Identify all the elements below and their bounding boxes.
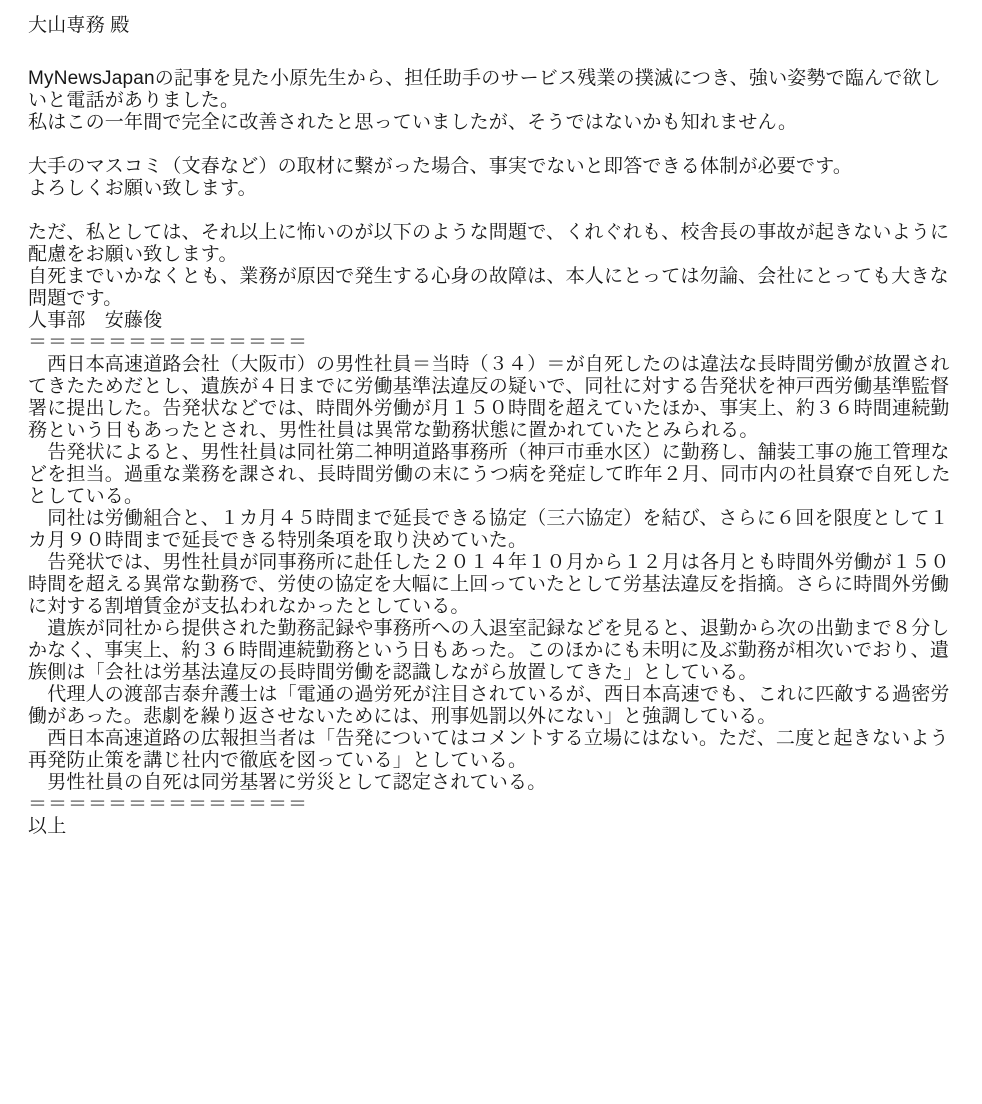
closing-line: 以上 [28,816,956,838]
letter-paragraph-1: MyNewsJapanの記事を見た小原先生から、担任助手のサービス残業の撲滅につ… [28,68,956,134]
signature-line: 人事部 安藤俊 [28,310,956,332]
article-paragraph-8: 男性社員の自死は同労基署に労災として認定されている。 [28,772,956,794]
recipient-line: 大山専務 殿 [28,15,956,37]
article-paragraph-5: 遺族が同社から提供された勤務記録や事務所への入退室記録などを見ると、退勤から次の… [28,618,956,684]
memo-document: 大山専務 殿 MyNewsJapanの記事を見た小原先生から、担任助手のサービス… [0,0,982,862]
divider-bottom: ＝＝＝＝＝＝＝＝＝＝＝＝＝＝ [28,794,956,816]
article-paragraph-1: 西日本高速道路会社（大阪市）の男性社員＝当時（３４）＝が自死したのは違法な長時間… [28,354,956,442]
letter-p3-line1: ただ、私としては、それ以上に怖いのが以下のような問題で、くれぐれも、校舎長の事故… [28,222,956,266]
article-paragraph-3: 同社は労働組合と、１カ月４５時間まで延長できる協定（三六協定）を結び、さらに６回… [28,508,956,552]
letter-p1-line1: MyNewsJapanの記事を見た小原先生から、担任助手のサービス残業の撲滅につ… [28,68,956,112]
letter-p1-line2: 私はこの一年間で完全に改善されたと思っていましたが、そうではないかも知れません。 [28,112,956,134]
letter-p3-line2: 自死までいかなくとも、業務が原因で発生する心身の故障は、本人にとっては勿論、会社… [28,266,956,310]
article-paragraph-7: 西日本高速道路の広報担当者は「告発についてはコメントする立場にはない。ただ、二度… [28,728,956,772]
article-paragraph-2: 告発状によると、男性社員は同社第二神明道路事務所（神戸市垂水区）に勤務し、舗装工… [28,442,956,508]
letter-paragraph-2: 大手のマスコミ（文春など）の取材に繋がった場合、事実でないと即答できる体制が必要… [28,156,956,200]
letter-p2-line1: 大手のマスコミ（文春など）の取材に繋がった場合、事実でないと即答できる体制が必要… [28,156,956,178]
divider-top: ＝＝＝＝＝＝＝＝＝＝＝＝＝＝ [28,332,956,354]
article-paragraph-4: 告発状では、男性社員が同事務所に赴任した２０１４年１０月から１２月は各月とも時間… [28,552,956,618]
letter-p2-line2: よろしくお願い致します。 [28,178,956,200]
letter-paragraph-3: ただ、私としては、それ以上に怖いのが以下のような問題で、くれぐれも、校舎長の事故… [28,222,956,310]
article-paragraph-6: 代理人の渡部吉泰弁護士は「電通の過労死が注目されているが、西日本高速でも、これに… [28,684,956,728]
